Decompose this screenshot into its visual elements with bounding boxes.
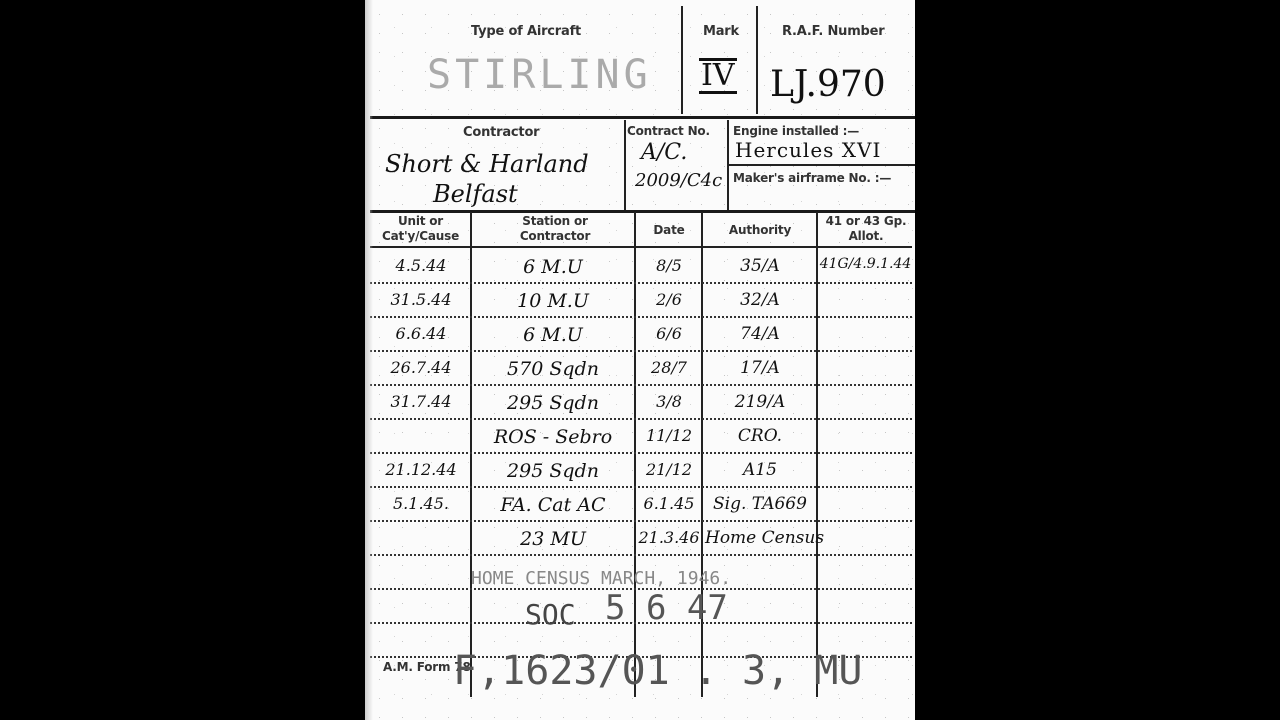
divider (624, 120, 626, 210)
row-rule (370, 282, 912, 284)
aircraft-record-card: Type of Aircraft STIRLING Mark IV R.A.F.… (365, 0, 915, 720)
type-of-aircraft-label: Type of Aircraft (471, 24, 581, 39)
row-rule (370, 384, 912, 386)
table-cell-station: 6 M.U (475, 256, 631, 278)
divider (370, 246, 912, 248)
divider (729, 164, 915, 166)
soc-stamp-date: 5 6 47 (605, 588, 728, 628)
table-cell-allot: 41G/4.9.1.44 (818, 256, 913, 272)
divider (370, 210, 915, 213)
table-cell-date: 21/12 (637, 460, 701, 479)
table-cell-authority: Home Census (705, 528, 815, 548)
divider (681, 6, 683, 114)
soc-stamp-prefix: SOC (525, 598, 576, 631)
table-cell-station: 295 Sqdn (475, 460, 631, 482)
column-header-authority: Authority (704, 223, 816, 237)
contractor-label: Contractor (463, 125, 539, 140)
table-cell-station: ROS - Sebro (475, 426, 631, 448)
table-cell-station: 6 M.U (475, 324, 631, 346)
table-cell-date: 28/7 (637, 358, 701, 377)
table-cell-unit: 5.1.45. (373, 494, 469, 513)
table-cell-station: 570 Sqdn (475, 358, 631, 380)
row-rule (370, 486, 912, 488)
contract-no-line2: 2009/C4c (635, 170, 722, 191)
contract-no-label: Contract No. (627, 124, 710, 138)
divider (370, 116, 915, 119)
row-rule (370, 350, 912, 352)
table-cell-date: 3/8 (637, 392, 701, 411)
airframe-label: Maker's airframe No. :— (733, 171, 891, 185)
raf-number-label: R.A.F. Number (782, 24, 884, 39)
table-cell-unit: 26.7.44 (373, 358, 469, 377)
column-header-station: Station or Contractor (495, 214, 615, 244)
table-cell-date: 2/6 (637, 290, 701, 309)
column-divider (816, 212, 818, 697)
mark-value: IV (699, 58, 737, 94)
table-cell-station: FA. Cat AC (475, 494, 631, 516)
type-of-aircraft-value: STIRLING (427, 52, 652, 98)
table-cell-unit: 31.5.44 (373, 290, 469, 309)
table-cell-authority: 17/A (705, 358, 815, 378)
table-cell-authority: Sig. TA669 (705, 494, 815, 514)
row-rule (370, 452, 912, 454)
table-cell-date: 6/6 (637, 324, 701, 343)
row-rule (370, 520, 912, 522)
contractor-line2: Belfast (433, 180, 518, 208)
table-cell-unit: 4.5.44 (373, 256, 469, 275)
table-cell-station: 23 MU (475, 528, 631, 550)
table-cell-date: 6.1.45 (637, 494, 701, 513)
table-cell-authority: 35/A (705, 256, 815, 276)
column-divider (470, 212, 472, 697)
census-stamp: HOME CENSUS MARCH, 1946. (471, 568, 731, 589)
column-header-unit: Unit or Cat'y/Cause (373, 214, 468, 244)
table-cell-station: 10 M.U (475, 290, 631, 312)
table-cell-authority: A15 (705, 460, 815, 480)
column-header-date: Date (637, 223, 701, 237)
table-cell-unit: 31.7.44 (373, 392, 469, 411)
table-cell-authority: 74/A (705, 324, 815, 344)
table-cell-authority: 219/A (705, 392, 815, 412)
column-header-allot: 41 or 43 Gp. Allot. (823, 214, 909, 244)
table-cell-authority: CRO. (705, 426, 815, 446)
row-rule (370, 554, 912, 556)
table-cell-authority: 32/A (705, 290, 815, 310)
contractor-line1: Short & Harland (385, 150, 589, 178)
raf-number-value: LJ.970 (770, 64, 886, 105)
divider (756, 6, 758, 114)
table-cell-station: 295 Sqdn (475, 392, 631, 414)
form-number-stamp: F,1623/01 . 3, MU (453, 648, 862, 694)
table-cell-date: 8/5 (637, 256, 701, 275)
engine-label: Engine installed :— (733, 124, 859, 138)
engine-value: Hercules XVI (735, 138, 881, 162)
contract-no-line1: A/C. (641, 140, 687, 165)
table-cell-unit: 21.12.44 (373, 460, 469, 479)
table-cell-unit: 6.6.44 (373, 324, 469, 343)
table-cell-date: 21.3.46 (637, 528, 701, 547)
row-rule (370, 418, 912, 420)
row-rule (370, 316, 912, 318)
mark-label: Mark (703, 24, 739, 39)
table-cell-date: 11/12 (637, 426, 701, 445)
